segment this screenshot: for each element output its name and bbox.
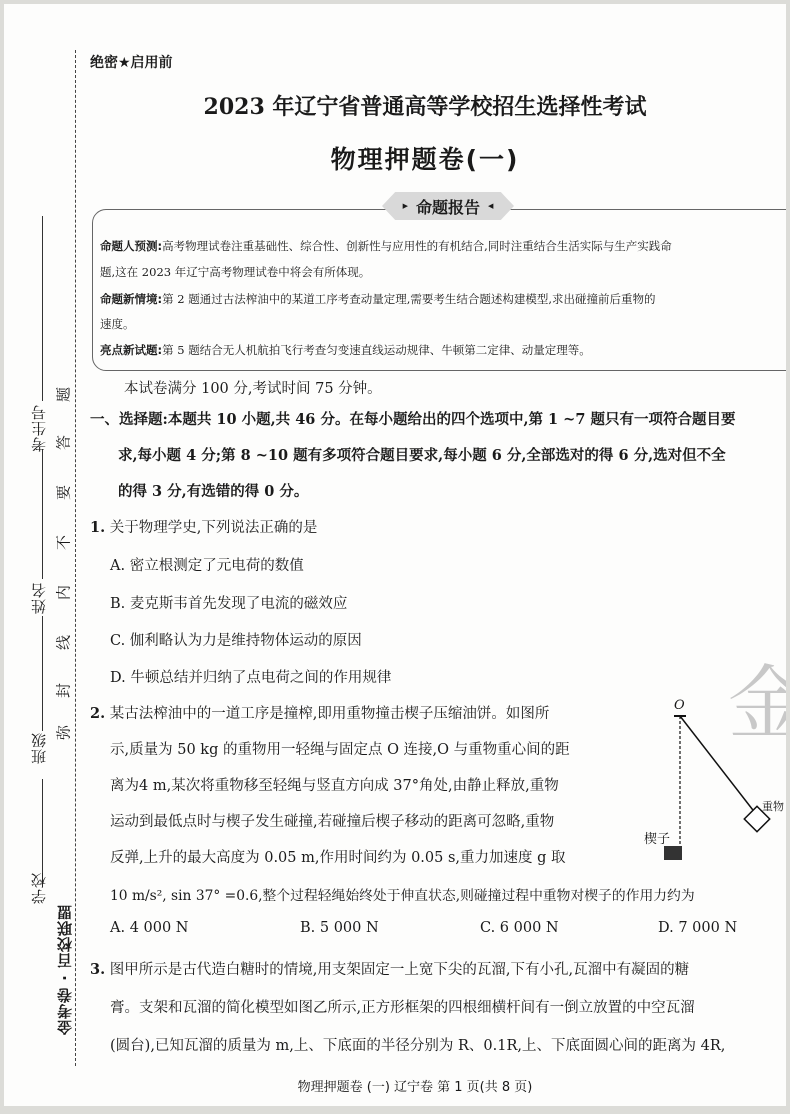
field-line-class: [42, 616, 43, 731]
exam-page: 考生号 姓名 班级 学校 金考卷 · 百校联盟 题 答 要 不 内 线 封 弥 …: [4, 4, 786, 1106]
seal-char: 不: [53, 534, 74, 552]
triangle-left-icon: ◀: [488, 202, 493, 210]
question-2-stem-line: 运动到最低点时与楔子发生碰撞,若碰撞后楔子移动的距离可忽略,重物: [110, 810, 554, 831]
seal-char: 弥: [53, 724, 74, 742]
report-item: 亮点新试题:第 5 题结合无人机航拍飞行考查匀变速直线运动规律、牛顿第二定律、动…: [100, 342, 591, 358]
org-label: 金考卷 · 百校联盟: [54, 904, 75, 1035]
question-1-option-c: C. 伽利略认为力是维持物体运动的原因: [110, 629, 362, 650]
report-item-cont: 题,这在 2023 年辽宁高考物理试卷中将会有所体现。: [100, 264, 370, 280]
seal-char: 题: [53, 386, 74, 404]
exam-subtitle: 物理押题卷(一): [4, 140, 786, 176]
exam-intro: 本试卷满分 100 分,考试时间 75 分钟。: [124, 377, 382, 398]
point-o-label: O: [674, 698, 685, 713]
question-2-stem: 2. 某古法榨油中的一道工序是撞榨,即用重物撞击楔子压缩油饼。如图所: [90, 702, 549, 723]
section-instructions: 求,每小题 4 分;第 8 ~10 题有多项符合题目要求,每小题 6 分,全部选…: [118, 444, 726, 465]
question-1-option-d: D. 牛顿总结并归纳了点电荷之间的作用规律: [110, 666, 391, 687]
section-instructions: 的得 3 分,有选错的得 0 分。: [118, 480, 308, 501]
seal-char: 内: [53, 584, 74, 602]
exam-title: 2023 年辽宁省普通高等学校招生选择性考试: [4, 90, 786, 121]
field-line-exam-id: [42, 216, 43, 401]
question-3-stem-line: 膏。支架和瓦溜的简化模型如图乙所示,正方形框架的四根细横杆间有一倒立放置的中空瓦…: [110, 996, 695, 1017]
wedge-label: 楔子: [644, 828, 670, 847]
question-2-stem-line: 反弹,上升的最大高度为 0.05 m,作用时间约为 0.05 s,重力加速度 g…: [110, 846, 566, 867]
triangle-right-icon: ▶: [403, 202, 408, 210]
field-line-name: [42, 449, 43, 579]
question-3-stem-line: (圆台),已知瓦溜的质量为 m,上、下底面的半径分别为 R、0.1R,上、下底面…: [110, 1034, 725, 1055]
question-3-stem: 3. 图甲所示是古代造白糖时的情境,用支架固定一上宽下尖的瓦溜,下有小孔,瓦溜中…: [90, 958, 689, 979]
page-footer: 物理押题卷 (一) 辽宁卷 第 1 页(共 8 页): [4, 1076, 786, 1095]
question-2-option-d: D. 7 000 N: [658, 920, 737, 936]
report-item: 命题人预测:高考物理试卷注重基础性、综合性、创新性与应用性的有机结合,同时注重结…: [100, 238, 672, 254]
weight-label: 重物: [762, 798, 784, 814]
pendulum-diagram: [644, 694, 786, 874]
question-2-option-b: B. 5 000 N: [300, 920, 379, 936]
secret-mark: 绝密★启用前: [90, 52, 173, 72]
field-line-school: [42, 779, 43, 874]
binding-dashed-line: [75, 50, 76, 1066]
question-2-option-c: C. 6 000 N: [480, 920, 559, 936]
pendulum-figure: O 重物 楔子: [644, 694, 786, 874]
field-school-label: 学校: [28, 872, 49, 904]
report-tag: ▶ 命题报告 ◀: [382, 192, 514, 220]
seal-char: 线: [53, 634, 74, 652]
seal-char: 要: [53, 484, 74, 502]
question-1-option-a: A. 密立根测定了元电荷的数值: [110, 554, 304, 575]
question-1-stem: 1. 关于物理学史,下列说法正确的是: [90, 516, 317, 537]
report-tag-label: 命题报告: [416, 195, 480, 218]
seal-char: 封: [53, 682, 74, 700]
question-1-option-b: B. 麦克斯韦首先发现了电流的磁效应: [110, 592, 347, 613]
field-name-label: 姓名: [28, 582, 49, 614]
question-2-option-a: A. 4 000 N: [110, 920, 189, 936]
section-instructions: 一、选择题:本题共 10 小题,共 46 分。在每小题给出的四个选项中,第 1 …: [90, 408, 735, 429]
report-item-cont: 速度。: [100, 316, 135, 332]
field-class-label: 班级: [28, 732, 49, 764]
report-item: 命题新情境:第 2 题通过古法榨油中的某道工序考查动量定理,需要考生结合题述构建…: [100, 291, 656, 307]
question-2-stem-line: 离为4 m,某次将重物移至轻绳与竖直方向成 37°角处,由静止释放,重物: [110, 774, 559, 795]
question-2-stem-line: 10 m/s², sin 37° =0.6,整个过程轻绳始终处于伸直状态,则碰撞…: [110, 884, 695, 904]
question-2-stem-line: 示,质量为 50 kg 的重物用一轻绳与固定点 O 连接,O 与重物重心间的距: [110, 738, 570, 759]
field-exam-id-label: 考生号: [28, 404, 49, 452]
seal-char: 答: [53, 434, 74, 452]
